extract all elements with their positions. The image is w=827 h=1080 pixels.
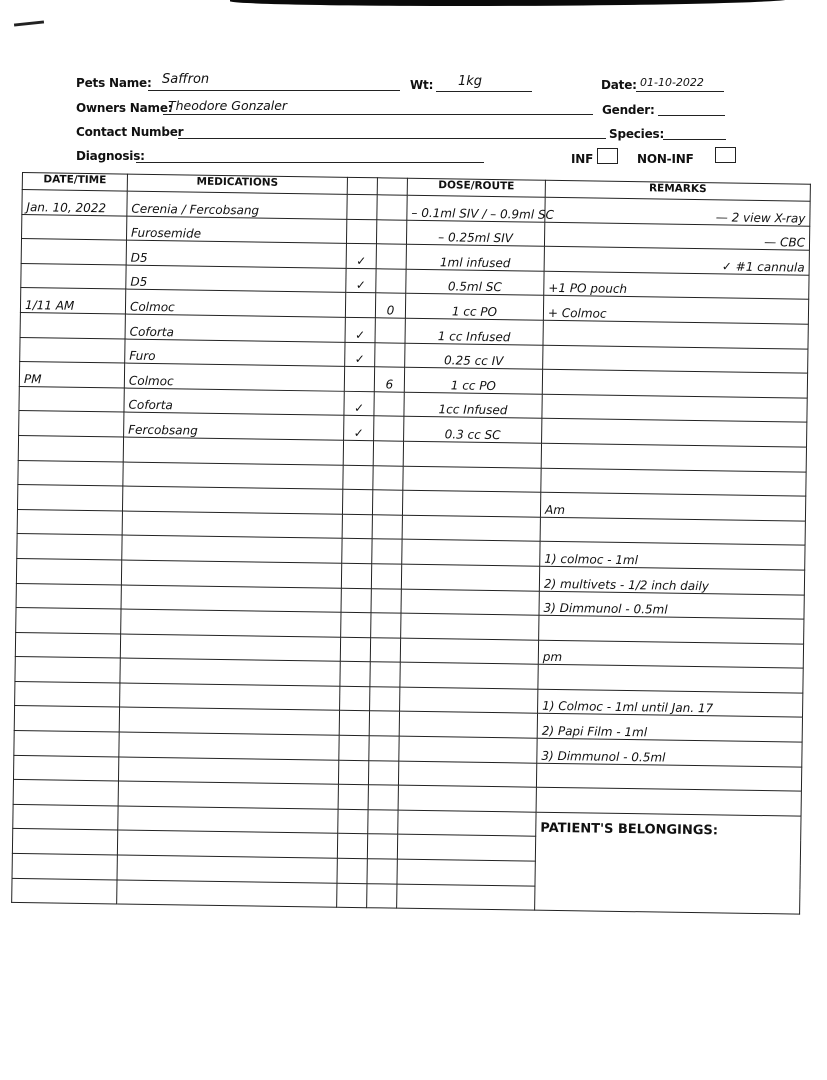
cell-medication[interactable]: D5: [126, 265, 346, 293]
header-datetime: DATE/TIME: [22, 173, 127, 192]
cell-medication[interactable]: [122, 486, 342, 514]
cell-check-1[interactable]: [340, 637, 370, 662]
cell-dose-route[interactable]: [403, 441, 541, 468]
cell-check-2[interactable]: [368, 785, 398, 810]
cell-check-2[interactable]: [367, 883, 397, 908]
cell-dose-route[interactable]: [402, 539, 540, 566]
medication-table: DATE/TIME MEDICATIONS DOSE/ROUTE REMARKS…: [11, 172, 811, 915]
cell-check-1[interactable]: [343, 465, 373, 490]
owner-value: Theodore Gonzaler: [168, 98, 287, 113]
cell-datetime[interactable]: [17, 485, 122, 511]
cell-check-2[interactable]: [375, 318, 405, 343]
cell-check-2[interactable]: [368, 760, 398, 785]
cell-check-2[interactable]: [370, 637, 400, 662]
cell-check-2[interactable]: [368, 810, 398, 835]
cell-dose-route[interactable]: 1 cc PO: [404, 367, 542, 394]
cell-dose-route[interactable]: [400, 662, 538, 689]
cell-check-1[interactable]: [342, 539, 372, 564]
pet-name-label: Pets Name:: [76, 76, 152, 90]
cell-dose-route[interactable]: [398, 761, 536, 788]
cell-dose-route[interactable]: [399, 736, 537, 763]
cell-check-1[interactable]: [340, 662, 370, 687]
cell-dose-route[interactable]: [402, 490, 540, 517]
date-field[interactable]: [636, 91, 724, 92]
cell-check-1[interactable]: [339, 735, 369, 760]
species-field[interactable]: [663, 139, 726, 140]
cell-remarks[interactable]: +1 PO pouch: [544, 271, 809, 300]
cell-check-1[interactable]: [342, 514, 372, 539]
cell-medication[interactable]: Fercobsang: [124, 412, 344, 440]
cell-remarks[interactable]: 2) multivets - 1/2 inch daily: [539, 566, 804, 595]
cell-check-2[interactable]: 0: [375, 293, 405, 318]
cell-check-1[interactable]: [337, 834, 367, 859]
cell-check-2[interactable]: [372, 539, 402, 564]
cell-dose-route[interactable]: [401, 589, 539, 616]
cell-check-1[interactable]: [337, 858, 367, 883]
owner-field[interactable]: [163, 114, 593, 115]
cell-check-2[interactable]: [372, 514, 402, 539]
cell-datetime[interactable]: Jan. 10, 2022: [22, 190, 127, 216]
cell-medication[interactable]: Cerenia / Fercobsang: [127, 191, 347, 219]
cell-medication[interactable]: Colmoc: [124, 363, 344, 391]
weight-label: Wt:: [410, 78, 433, 92]
cell-check-1[interactable]: [346, 219, 376, 244]
cell-medication[interactable]: [120, 634, 340, 662]
cell-dose-route[interactable]: [400, 638, 538, 665]
cell-dose-route[interactable]: [397, 835, 535, 862]
cell-medication[interactable]: [121, 585, 341, 613]
cell-dose-route[interactable]: [401, 564, 539, 591]
header-check-2: [377, 178, 407, 195]
cell-check-2[interactable]: [375, 342, 405, 367]
cell-dose-route[interactable]: [400, 687, 538, 714]
patient-belongings-label: PATIENT'S BELONGINGS:: [540, 821, 718, 839]
cell-check-2[interactable]: [367, 834, 397, 859]
cell-medication[interactable]: [117, 880, 337, 908]
cell-datetime[interactable]: [16, 558, 121, 584]
cell-check-2[interactable]: [376, 219, 406, 244]
date-value: 01-10-2022: [640, 76, 704, 89]
cell-medication[interactable]: [117, 830, 337, 858]
cell-medication[interactable]: [118, 806, 338, 834]
cell-check-1[interactable]: ✓: [346, 268, 376, 293]
cell-check-1[interactable]: [337, 883, 367, 908]
cell-check-2[interactable]: [373, 465, 403, 490]
cell-check-1[interactable]: [339, 711, 369, 736]
cell-dose-route[interactable]: 0.25 cc IV: [405, 343, 543, 370]
cell-remarks[interactable]: 1) Colmoc - 1ml until Jan. 17: [538, 689, 803, 718]
cell-check-1[interactable]: ✓: [344, 391, 374, 416]
cell-check-1[interactable]: [342, 489, 372, 514]
cell-medication[interactable]: [122, 535, 342, 563]
cell-check-1[interactable]: [341, 588, 371, 613]
cell-check-1[interactable]: [343, 440, 373, 465]
cell-dose-route[interactable]: [398, 810, 536, 837]
cell-remarks[interactable]: 2) Papi Film - 1ml: [537, 714, 802, 743]
cell-datetime[interactable]: [20, 337, 125, 363]
cell-check-1[interactable]: [338, 760, 368, 785]
noninf-checkbox[interactable]: [715, 147, 736, 163]
cell-medication[interactable]: Coforta: [124, 388, 344, 416]
cell-medication[interactable]: [120, 658, 340, 686]
cell-datetime[interactable]: [12, 878, 117, 904]
cell-datetime[interactable]: [15, 681, 120, 707]
cell-datetime[interactable]: [18, 460, 123, 486]
cell-check-1[interactable]: [347, 194, 377, 219]
gender-label: Gender:: [602, 103, 655, 117]
cell-datetime[interactable]: PM: [19, 362, 124, 388]
cell-medication[interactable]: [119, 707, 339, 735]
header-dose-route: DOSE/ROUTE: [407, 178, 545, 197]
cell-datetime[interactable]: [14, 731, 119, 757]
scan-shadow: [230, 0, 790, 6]
cell-dose-route[interactable]: 0.3 cc SC: [404, 417, 542, 444]
cell-check-1[interactable]: ✓: [345, 317, 375, 342]
cell-datetime[interactable]: [17, 534, 122, 560]
cell-check-1[interactable]: [338, 785, 368, 810]
cell-check-2[interactable]: [369, 711, 399, 736]
cell-dose-route[interactable]: [402, 515, 540, 542]
cell-check-2[interactable]: [377, 195, 407, 220]
date-label: Date:: [601, 78, 637, 92]
cell-dose-route[interactable]: [397, 859, 535, 886]
diagnosis-label: Diagnosis:: [76, 149, 145, 163]
cell-datetime[interactable]: [17, 509, 122, 535]
cell-medication[interactable]: [120, 683, 340, 711]
cell-datetime[interactable]: [18, 435, 123, 461]
noninf-label: NON-INF: [637, 152, 694, 166]
cell-dose-route[interactable]: [401, 613, 539, 640]
cell-remarks[interactable]: 3) Dimmunol - 0.5ml: [537, 738, 802, 767]
gender-field[interactable]: [658, 115, 725, 116]
cell-check-1[interactable]: ✓: [345, 342, 375, 367]
cell-datetime[interactable]: [20, 312, 125, 338]
owner-label: Owners Name:: [76, 101, 172, 115]
cell-dose-route[interactable]: 1 cc Infused: [405, 318, 543, 345]
cell-check-2[interactable]: [371, 613, 401, 638]
cell-datetime[interactable]: [22, 214, 127, 240]
inf-checkbox[interactable]: [597, 148, 618, 164]
cell-check-1[interactable]: ✓: [344, 416, 374, 441]
cell-datetime[interactable]: [16, 608, 121, 634]
pen-mark: [14, 20, 44, 26]
cell-dose-route[interactable]: 1ml infused: [406, 244, 544, 271]
cell-datetime[interactable]: [19, 386, 124, 412]
cell-dose-route[interactable]: – 0.25ml SIV: [406, 220, 544, 247]
cell-datetime[interactable]: 1/11 AM: [20, 288, 125, 314]
cell-remarks[interactable]: + Colmoc: [543, 296, 808, 325]
cell-dose-route[interactable]: 0.5ml SC: [406, 269, 544, 296]
cell-datetime[interactable]: [13, 804, 118, 830]
cell-check-1[interactable]: [340, 686, 370, 711]
cell-dose-route[interactable]: [403, 466, 541, 493]
cell-medication[interactable]: Furosemide: [126, 216, 346, 244]
cell-datetime[interactable]: [14, 706, 119, 732]
cell-medication[interactable]: [122, 511, 342, 539]
contact-label: Contact Number: [76, 125, 183, 139]
cell-check-2[interactable]: [369, 736, 399, 761]
pet-name-value: Saffron: [162, 72, 209, 87]
cell-check-1[interactable]: [341, 612, 371, 637]
inf-label: INF: [571, 152, 593, 166]
cell-medication[interactable]: [118, 757, 338, 785]
cell-medication[interactable]: [123, 462, 343, 490]
cell-medication[interactable]: [123, 437, 343, 465]
cell-check-2[interactable]: [371, 588, 401, 613]
cell-datetime[interactable]: [19, 411, 124, 437]
cell-check-1[interactable]: [338, 809, 368, 834]
cell-check-2[interactable]: [374, 416, 404, 441]
cell-datetime[interactable]: [15, 632, 120, 658]
cell-check-2[interactable]: [376, 244, 406, 269]
cell-datetime[interactable]: [16, 583, 121, 609]
cell-dose-route[interactable]: [397, 884, 535, 911]
cell-datetime[interactable]: [21, 263, 126, 289]
cell-medication[interactable]: [121, 560, 341, 588]
medication-sheet: DATE/TIME MEDICATIONS DOSE/ROUTE REMARKS…: [10, 172, 810, 984]
pet-name-field[interactable]: [148, 90, 400, 91]
cell-medication[interactable]: [121, 609, 341, 637]
cell-check-2[interactable]: [373, 441, 403, 466]
patient-belongings-box[interactable]: PATIENT'S BELONGINGS:: [535, 812, 801, 914]
cell-check-2[interactable]: [367, 859, 397, 884]
cell-medication[interactable]: [117, 855, 337, 883]
cell-dose-route[interactable]: 1cc Infused: [404, 392, 542, 419]
cell-check-2[interactable]: [371, 564, 401, 589]
cell-medication[interactable]: Coforta: [125, 314, 345, 342]
cell-datetime[interactable]: [13, 780, 118, 806]
cell-check-2[interactable]: 6: [374, 367, 404, 392]
cell-medication[interactable]: [119, 732, 339, 760]
cell-dose-route[interactable]: [398, 785, 536, 812]
cell-check-1[interactable]: [344, 366, 374, 391]
cell-check-2[interactable]: [376, 269, 406, 294]
cell-check-1[interactable]: [345, 293, 375, 318]
cell-check-2[interactable]: [370, 662, 400, 687]
cell-dose-route[interactable]: [399, 712, 537, 739]
diagnosis-field[interactable]: [136, 162, 484, 163]
cell-dose-route[interactable]: – 0.1ml SIV / – 0.9ml SC: [407, 195, 545, 222]
cell-medication[interactable]: Furo: [125, 339, 345, 367]
cell-check-2[interactable]: [372, 490, 402, 515]
cell-datetime[interactable]: [13, 755, 118, 781]
cell-check-2[interactable]: [374, 392, 404, 417]
cell-medication[interactable]: Colmoc: [125, 289, 345, 317]
header-check-1: [347, 177, 377, 194]
cell-datetime[interactable]: [21, 239, 126, 265]
cell-check-2[interactable]: [370, 687, 400, 712]
cell-check-1[interactable]: [341, 563, 371, 588]
cell-dose-route[interactable]: 1 cc PO: [405, 294, 543, 321]
weight-field[interactable]: [436, 91, 532, 92]
cell-remarks[interactable]: 1) colmoc - 1ml: [540, 542, 805, 571]
cell-medication[interactable]: D5: [126, 240, 346, 268]
cell-datetime[interactable]: [12, 829, 117, 855]
contact-field[interactable]: [178, 138, 606, 139]
cell-datetime[interactable]: [15, 657, 120, 683]
cell-remarks[interactable]: 3) Dimmunol - 0.5ml: [539, 591, 804, 620]
cell-datetime[interactable]: [12, 853, 117, 879]
cell-medication[interactable]: [118, 781, 338, 809]
species-label: Species:: [609, 127, 664, 141]
cell-check-1[interactable]: ✓: [346, 244, 376, 269]
weight-value: 1kg: [458, 74, 482, 89]
